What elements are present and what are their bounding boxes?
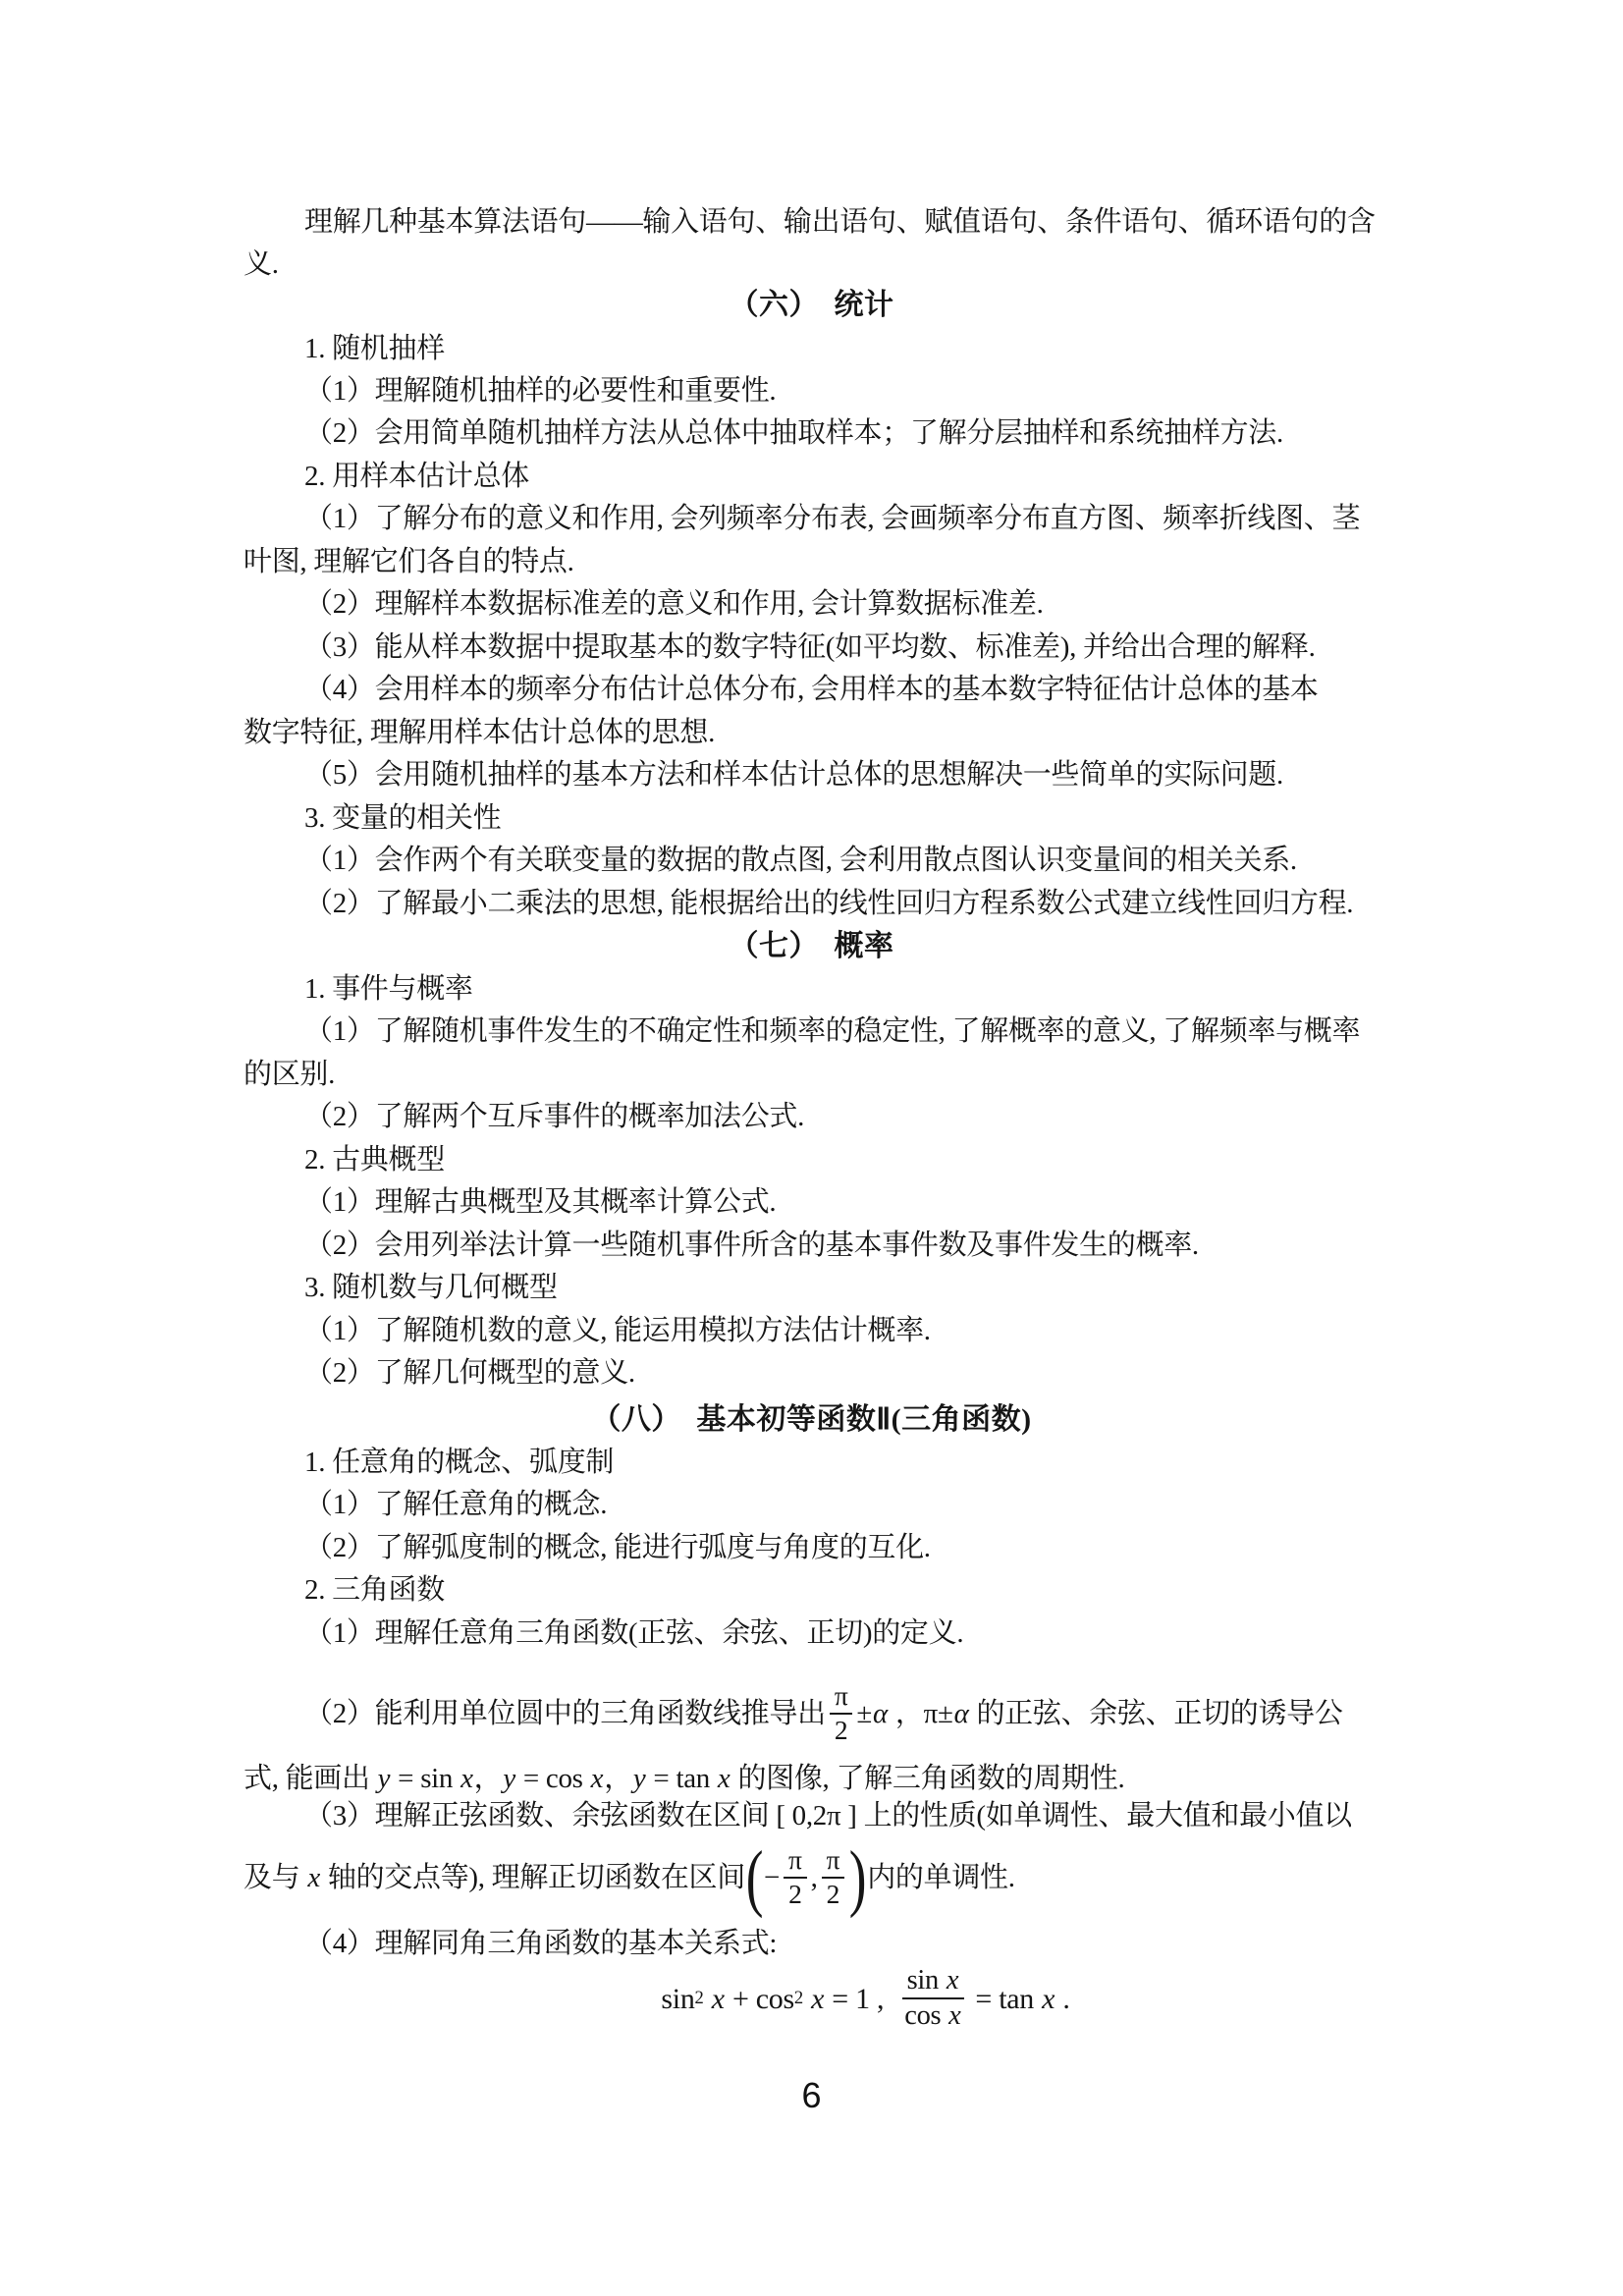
- text-run: ，: [474, 1758, 503, 1800]
- math-variable: α: [953, 1693, 970, 1735]
- list-item: （1）了解随机数的意义, 能运用模拟方法估计概率.: [243, 1310, 1380, 1352]
- list-item: （2）了解最小二乘法的思想, 能根据给出的线性回归方程系数公式建立线性回归方程.: [243, 883, 1380, 925]
- text-run: = tan: [968, 1978, 1041, 2020]
- list-item: （2）了解几何概型的意义.: [243, 1352, 1380, 1394]
- text-run: （1）了解任意角的概念.: [304, 1489, 607, 1520]
- text-run: π: [835, 1680, 848, 1711]
- text-run: （2）了解几何概型的意义.: [304, 1357, 635, 1389]
- fraction: π2: [822, 1845, 845, 1910]
- text-line: 数字特征, 理解用样本估计总体的思想.: [243, 712, 1380, 754]
- list-item: （1）理解任意角三角函数(正弦、余弦、正切)的定义.: [243, 1613, 1380, 1655]
- text-run: 义.: [243, 248, 279, 280]
- text-line: 理解几种基本算法语句——输入语句、输出语句、赋值语句、条件语句、循环语句的含: [243, 201, 1380, 244]
- text-run: 2: [827, 1879, 839, 1909]
- text-run: （2）了解最小二乘法的思想, 能根据给出的线性回归方程系数公式建立线性回归方程.: [304, 888, 1353, 919]
- text-run: = cos: [516, 1758, 590, 1800]
- text-run: （1）了解分布的意义和作用, 会列频率分布表, 会画频率分布直方图、频率折线图、…: [304, 503, 1360, 534]
- list-item: 1. 事件与概率: [243, 968, 1380, 1011]
- list-item: （1）了解随机事件发生的不确定性和频率的稳定性, 了解概率的意义, 了解频率与概…: [243, 1011, 1380, 1053]
- list-item: （2）会用列举法计算一些随机事件所含的基本事件数及事件发生的概率.: [243, 1225, 1380, 1267]
- text-run: （3）理解正弦函数、余弦函数在区间 [ 0,2π ] 上的性质(如单调性、最大值…: [304, 1800, 1352, 1831]
- big-parenthesis: ): [849, 1846, 867, 1910]
- math-variable: x: [590, 1758, 605, 1800]
- big-parenthesis: (: [746, 1846, 764, 1910]
- text-run: （1）理解任意角三角函数(正弦、余弦、正切)的定义.: [304, 1617, 963, 1649]
- text-run: 1. 任意角的概念、弧度制: [304, 1447, 614, 1478]
- text-run: （2）会用简单随机抽样方法从总体中抽取样本；了解分层抽样和系统抽样方法.: [304, 417, 1283, 449]
- text-run: [704, 1978, 711, 2020]
- text-run: 轴的交点等), 理解正切函数在区间: [321, 1857, 745, 1899]
- math-line-tangent-interval: 及与 x 轴的交点等), 理解正切函数在区间(−π2,π2)内的单调性.: [243, 1840, 1380, 1915]
- fraction: sin xcos x: [902, 1965, 965, 2032]
- text-run: 数字特征, 理解用样本估计总体的思想.: [243, 717, 715, 748]
- list-item: （2）会用简单随机抽样方法从总体中抽取样本；了解分层抽样和系统抽样方法.: [243, 412, 1380, 455]
- math-variable: x: [306, 1857, 321, 1899]
- text-run: （1）会作两个有关联变量的数据的散点图, 会利用散点图认识变量间的相关关系.: [304, 845, 1297, 876]
- text-run: 叶图, 理解它们各自的特点.: [243, 546, 574, 577]
- math-variable: y: [377, 1758, 392, 1800]
- math-variable: y: [502, 1758, 516, 1800]
- text-run: ,: [811, 1857, 818, 1899]
- text-run: （1）了解随机事件发生的不确定性和频率的稳定性, 了解概率的意义, 了解频率与概…: [304, 1015, 1360, 1047]
- text-run: （1）理解随机抽样的必要性和重要性.: [304, 375, 776, 407]
- list-item: （4）理解同角三角函数的基本关系式:: [243, 1923, 1380, 1965]
- text-run: （八） 基本初等函数Ⅱ(三角函数): [591, 1403, 1031, 1436]
- text-run: （2）会用列举法计算一些随机事件所含的基本事件数及事件发生的概率.: [304, 1230, 1199, 1261]
- page-number: 6: [0, 2074, 1623, 2116]
- list-item: （2）了解弧度制的概念, 能进行弧度与角度的互化.: [243, 1527, 1380, 1569]
- fraction-numerator: π: [784, 1845, 807, 1879]
- list-item: （1）理解随机抽样的必要性和重要性.: [243, 370, 1380, 412]
- document-body: 理解几种基本算法语句——输入语句、输出语句、赋值语句、条件语句、循环语句的含义.…: [243, 0, 1380, 2296]
- list-item: （4）会用样本的频率分布估计总体分布, 会用样本的基本数字特征估计总体的基本: [243, 669, 1380, 711]
- fraction-denominator: 2: [835, 1715, 847, 1746]
- math-variable: x: [460, 1758, 474, 1800]
- text-run: sin: [661, 1978, 694, 2020]
- list-item: （1）会作两个有关联变量的数据的散点图, 会利用散点图认识变量间的相关关系.: [243, 840, 1380, 882]
- math-variable: α: [872, 1693, 889, 1735]
- text-run: 2. 古典概型: [304, 1144, 445, 1175]
- text-run: 内的单调性.: [867, 1857, 1014, 1899]
- text-run: 的图像, 了解三角函数的周期性.: [731, 1758, 1125, 1800]
- text-run: 及与: [243, 1857, 306, 1899]
- text-run: 的正弦、余弦、正切的诱导公: [970, 1693, 1343, 1735]
- text-run: [803, 1978, 810, 2020]
- text-run: 3. 随机数与几何概型: [304, 1272, 558, 1303]
- text-run: 2. 用样本估计总体: [304, 461, 529, 492]
- section-heading-trig-functions: （八） 基本初等函数Ⅱ(三角函数): [243, 1398, 1380, 1441]
- list-item: （1）理解古典概型及其概率计算公式.: [243, 1181, 1380, 1224]
- text-run: 2: [835, 1715, 847, 1745]
- text-run: （3）能从样本数据中提取基本的数字特征(如平均数、标准差), 并给出合理的解释.: [304, 631, 1316, 663]
- list-item: 2. 古典概型: [243, 1139, 1380, 1181]
- list-item: （3）能从样本数据中提取基本的数字特征(如平均数、标准差), 并给出合理的解释.: [243, 627, 1380, 669]
- list-item: 3. 变量的相关性: [243, 797, 1380, 840]
- text-run: = sin: [391, 1758, 460, 1800]
- text-run: π: [788, 1844, 802, 1875]
- list-item: 2. 用样本估计总体: [243, 456, 1380, 498]
- list-item: 3. 随机数与几何概型: [243, 1267, 1380, 1309]
- section-heading-probability: （七） 概率: [243, 925, 1380, 967]
- text-run: 理解几种基本算法语句——输入语句、输出语句、赋值语句、条件语句、循环语句的含: [304, 206, 1376, 238]
- list-item: （2）了解两个互斥事件的概率加法公式.: [243, 1096, 1380, 1138]
- text-run: （4）会用样本的频率分布估计总体分布, 会用样本的基本数字特征估计总体的基本: [304, 674, 1319, 705]
- text-run: 2: [788, 1879, 801, 1909]
- text-line: 义.: [243, 244, 1380, 286]
- fraction-denominator: cos x: [904, 1999, 961, 2032]
- section-heading-statistics: （六） 统计: [243, 284, 1380, 326]
- list-item: （1）了解任意角的概念.: [243, 1484, 1380, 1526]
- list-item: 1. 随机抽样: [243, 328, 1380, 370]
- list-item: （2）理解样本数据标准差的意义和作用, 会计算数据标准差.: [243, 583, 1380, 626]
- text-run: ±: [856, 1693, 872, 1735]
- math-variable: x: [810, 1978, 825, 2020]
- fraction-numerator: π: [830, 1681, 853, 1715]
- fraction: π2: [784, 1845, 807, 1910]
- text-run: ，: [604, 1758, 632, 1800]
- list-item: （3）理解正弦函数、余弦函数在区间 [ 0,2π ] 上的性质(如单调性、最大值…: [243, 1795, 1380, 1837]
- fraction-numerator: π: [822, 1845, 845, 1879]
- math-line-induction-formulas: （2）能利用单位圆中的三角函数线推导出π2±α ，π±α 的正弦、余弦、正切的诱…: [243, 1676, 1380, 1751]
- text-run: 1. 事件与概率: [304, 973, 473, 1005]
- text-run: ，π±: [889, 1693, 953, 1735]
- text-run: 的区别.: [243, 1059, 335, 1090]
- text-run: = 1 ,: [825, 1978, 898, 2020]
- text-run: 2. 三角函数: [304, 1574, 445, 1606]
- list-item: （1）了解分布的意义和作用, 会列频率分布表, 会画频率分布直方图、频率折线图、…: [243, 498, 1380, 540]
- text-run: π: [827, 1844, 840, 1875]
- math-variable: x: [711, 1978, 726, 2020]
- text-run: （2）理解样本数据标准差的意义和作用, 会计算数据标准差.: [304, 588, 1044, 620]
- text-run: + cos: [726, 1978, 794, 2020]
- text-line: 叶图, 理解它们各自的特点.: [243, 541, 1380, 583]
- text-run: （六） 统计: [730, 289, 894, 321]
- list-item: 2. 三角函数: [243, 1569, 1380, 1612]
- formula-trig-identity: sin2 x + cos2 x = 1 , sin xcos x = tan x…: [243, 1964, 1434, 2033]
- text-line: 的区别.: [243, 1054, 1380, 1096]
- text-run: 1. 随机抽样: [304, 333, 445, 364]
- text-run: cos: [904, 2000, 947, 2031]
- fraction-denominator: 2: [788, 1879, 801, 1910]
- fraction: π2: [830, 1681, 853, 1746]
- math-line-graphs: 式, 能画出 y = sin x，y = cos x，y = tan x 的图像…: [243, 1758, 1380, 1800]
- math-variable: x: [947, 2000, 961, 2031]
- fraction-numerator: sin x: [902, 1965, 965, 1999]
- text-run: （5）会用随机抽样的基本方法和样本估计总体的思想解决一些简单的实际问题.: [304, 759, 1283, 791]
- math-variable: y: [632, 1758, 647, 1800]
- list-item: （5）会用随机抽样的基本方法和样本估计总体的思想解决一些简单的实际问题.: [243, 754, 1380, 796]
- text-run: （1）了解随机数的意义, 能运用模拟方法估计概率.: [304, 1315, 931, 1346]
- text-run: .: [1055, 1978, 1069, 2020]
- text-run: （2）了解弧度制的概念, 能进行弧度与角度的互化.: [304, 1532, 931, 1563]
- math-variable: x: [946, 1965, 959, 1995]
- text-run: （2）了解两个互斥事件的概率加法公式.: [304, 1101, 804, 1132]
- text-run: −: [764, 1857, 780, 1899]
- text-run: （1）理解古典概型及其概率计算公式.: [304, 1186, 776, 1218]
- text-run: 式, 能画出: [243, 1758, 377, 1800]
- math-variable: x: [717, 1758, 731, 1800]
- text-run: 3. 变量的相关性: [304, 802, 501, 834]
- text-run: sin: [907, 1965, 946, 1995]
- text-run: （七） 概率: [730, 930, 894, 962]
- text-run: （2）能利用单位圆中的三角函数线推导出: [304, 1693, 826, 1735]
- text-run: （4）理解同角三角函数的基本关系式:: [304, 1928, 777, 1959]
- list-item: 1. 任意角的概念、弧度制: [243, 1442, 1380, 1484]
- text-run: = tan: [646, 1758, 716, 1800]
- math-variable: x: [1041, 1978, 1055, 2020]
- fraction-denominator: 2: [827, 1879, 839, 1910]
